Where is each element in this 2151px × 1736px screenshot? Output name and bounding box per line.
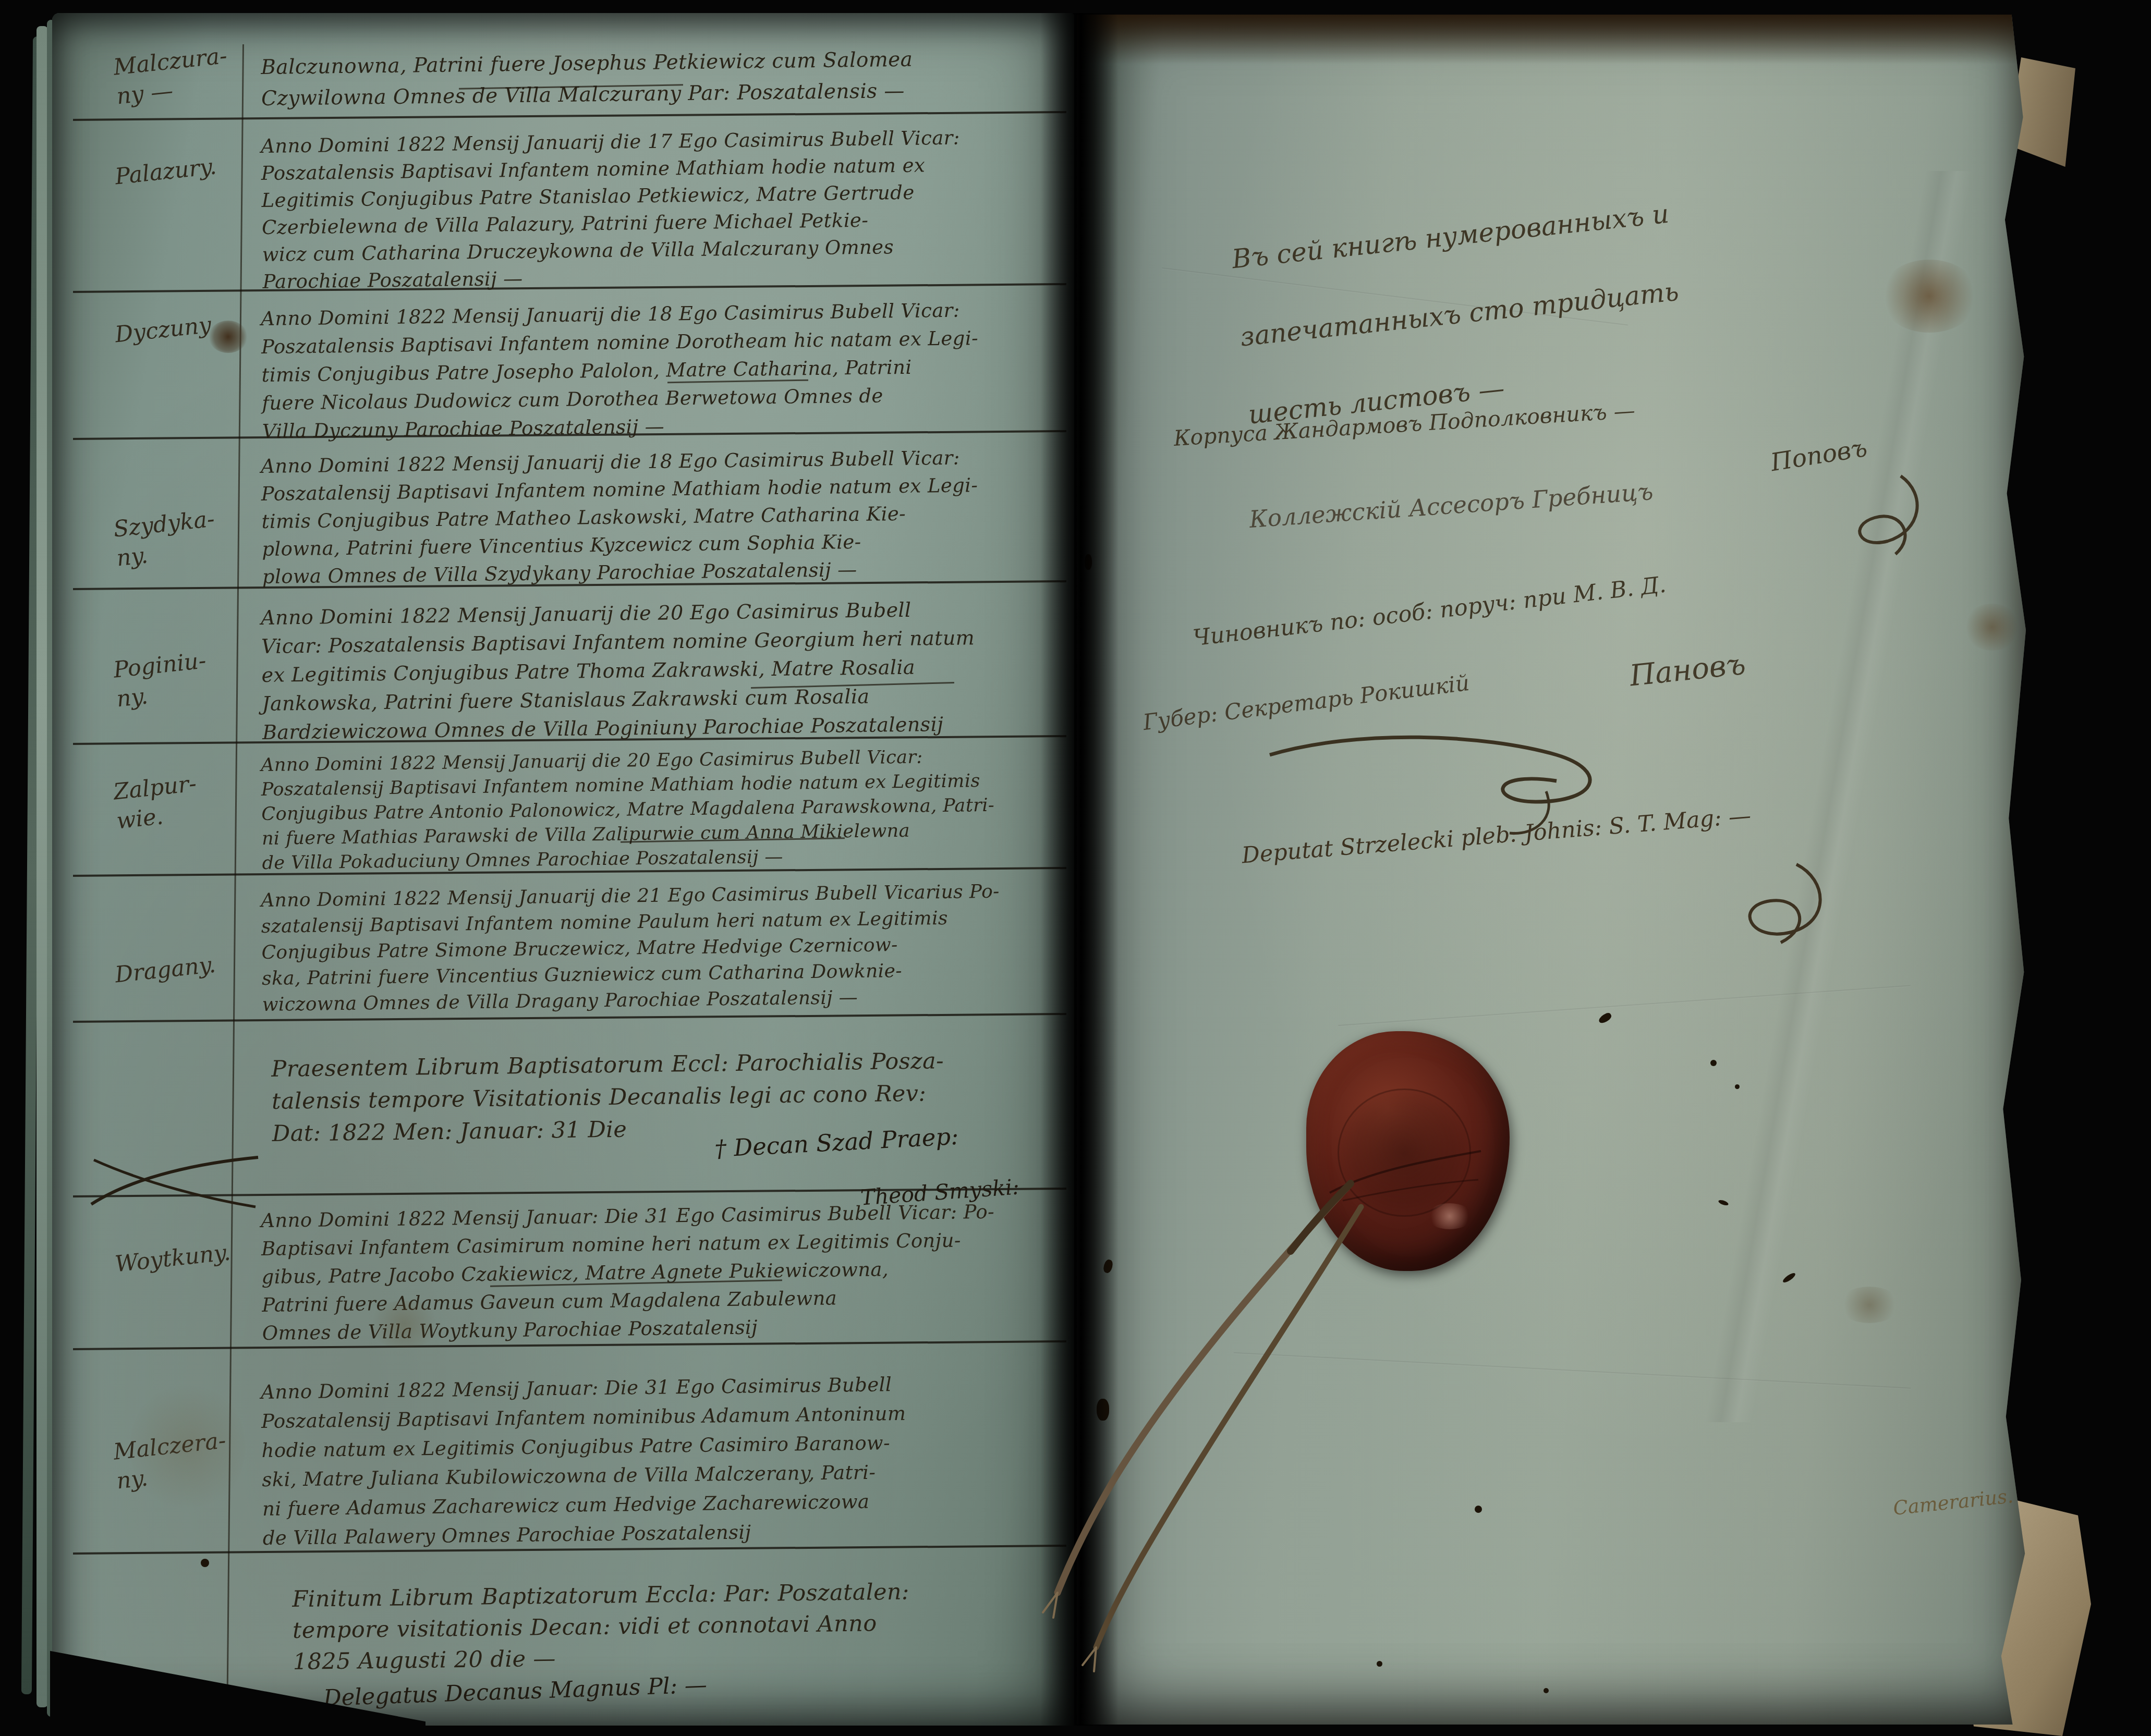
entry-palazury: Anno Domini 1822 Mensij Januarij die 17 … — [261, 123, 1108, 296]
delegatus-signature: Delegatus Decanus Magnus Pl: — — [323, 1672, 707, 1711]
entry-visitation-note: Praesentem Librum Baptisatorum Eccl: Par… — [271, 1043, 1117, 1150]
entry-dyczuny: Anno Domini 1822 Mensij Januarij die 18 … — [261, 295, 1107, 446]
margin-label-szydykany: Szydyka- ny. — [112, 500, 263, 573]
ink-speck — [201, 1559, 209, 1567]
margin-label-dragany: Dragany. — [114, 946, 262, 990]
row-rule — [73, 1013, 1066, 1023]
manuscript-scan: Malczura- ny — Palazury. Dyczuny Szydyka… — [0, 0, 2151, 1736]
entry-malczurany-top: Balczunowna, Patrini fuere Josephus Petk… — [261, 42, 1106, 115]
entry-poginiuny: Anno Domini 1822 Mensij Januarij die 20 … — [261, 593, 1107, 747]
entry-dragany: Anno Domini 1822 Mensij Januarij die 21 … — [261, 877, 1107, 1018]
brown-stain — [1963, 604, 2021, 651]
brown-stain — [1880, 260, 1979, 333]
deputat-flourish — [1718, 859, 1833, 953]
foxing-stain — [130, 1379, 245, 1514]
row-rule — [73, 111, 1066, 121]
margin-label-malczurany: Malczura- ny — — [112, 38, 263, 112]
entry-szydykany: Anno Domini 1822 Mensij Januarij die 18 … — [261, 442, 1107, 591]
foxing-stain — [365, 1301, 443, 1348]
entry-zalpurwie: Anno Domini 1822 Mensij Januarij die 20 … — [261, 743, 1107, 876]
seal-glint — [1426, 1203, 1473, 1229]
ink-speck — [1544, 1688, 1549, 1693]
entry-malczerany: Anno Domini 1822 Mensij Januar: Die 31 E… — [261, 1367, 1108, 1553]
signature-flourish — [1838, 473, 1932, 557]
page-stack-edge — [37, 26, 48, 1707]
camerarius-note: Camerarius. — [1892, 1485, 2014, 1520]
seal-cords — [1017, 1121, 1392, 1668]
ink-speck — [1475, 1506, 1482, 1513]
margin-label-zalpurwie: Zalpur- wie. — [112, 763, 263, 836]
entry-finitum: Finitum Librum Baptizatorum Eccla: Par: … — [292, 1573, 1138, 1678]
ink-blot-stain — [209, 321, 248, 353]
margin-label-woytkuny: Woytkuny. — [114, 1235, 262, 1279]
ink-flourish-x — [89, 1155, 261, 1212]
margin-label-poginiuny: Poginiu- ny. — [112, 641, 263, 714]
margin-label-palazury: Palazury. — [114, 148, 262, 192]
left-page: Malczura- ny — Palazury. Dyczuny Szydyka… — [52, 13, 1074, 1726]
cover-edge-shadow — [1077, 15, 2026, 64]
ink-speck — [1735, 1084, 1740, 1089]
foxing-stain — [1838, 1287, 1901, 1323]
ink-speck — [1710, 1060, 1717, 1066]
